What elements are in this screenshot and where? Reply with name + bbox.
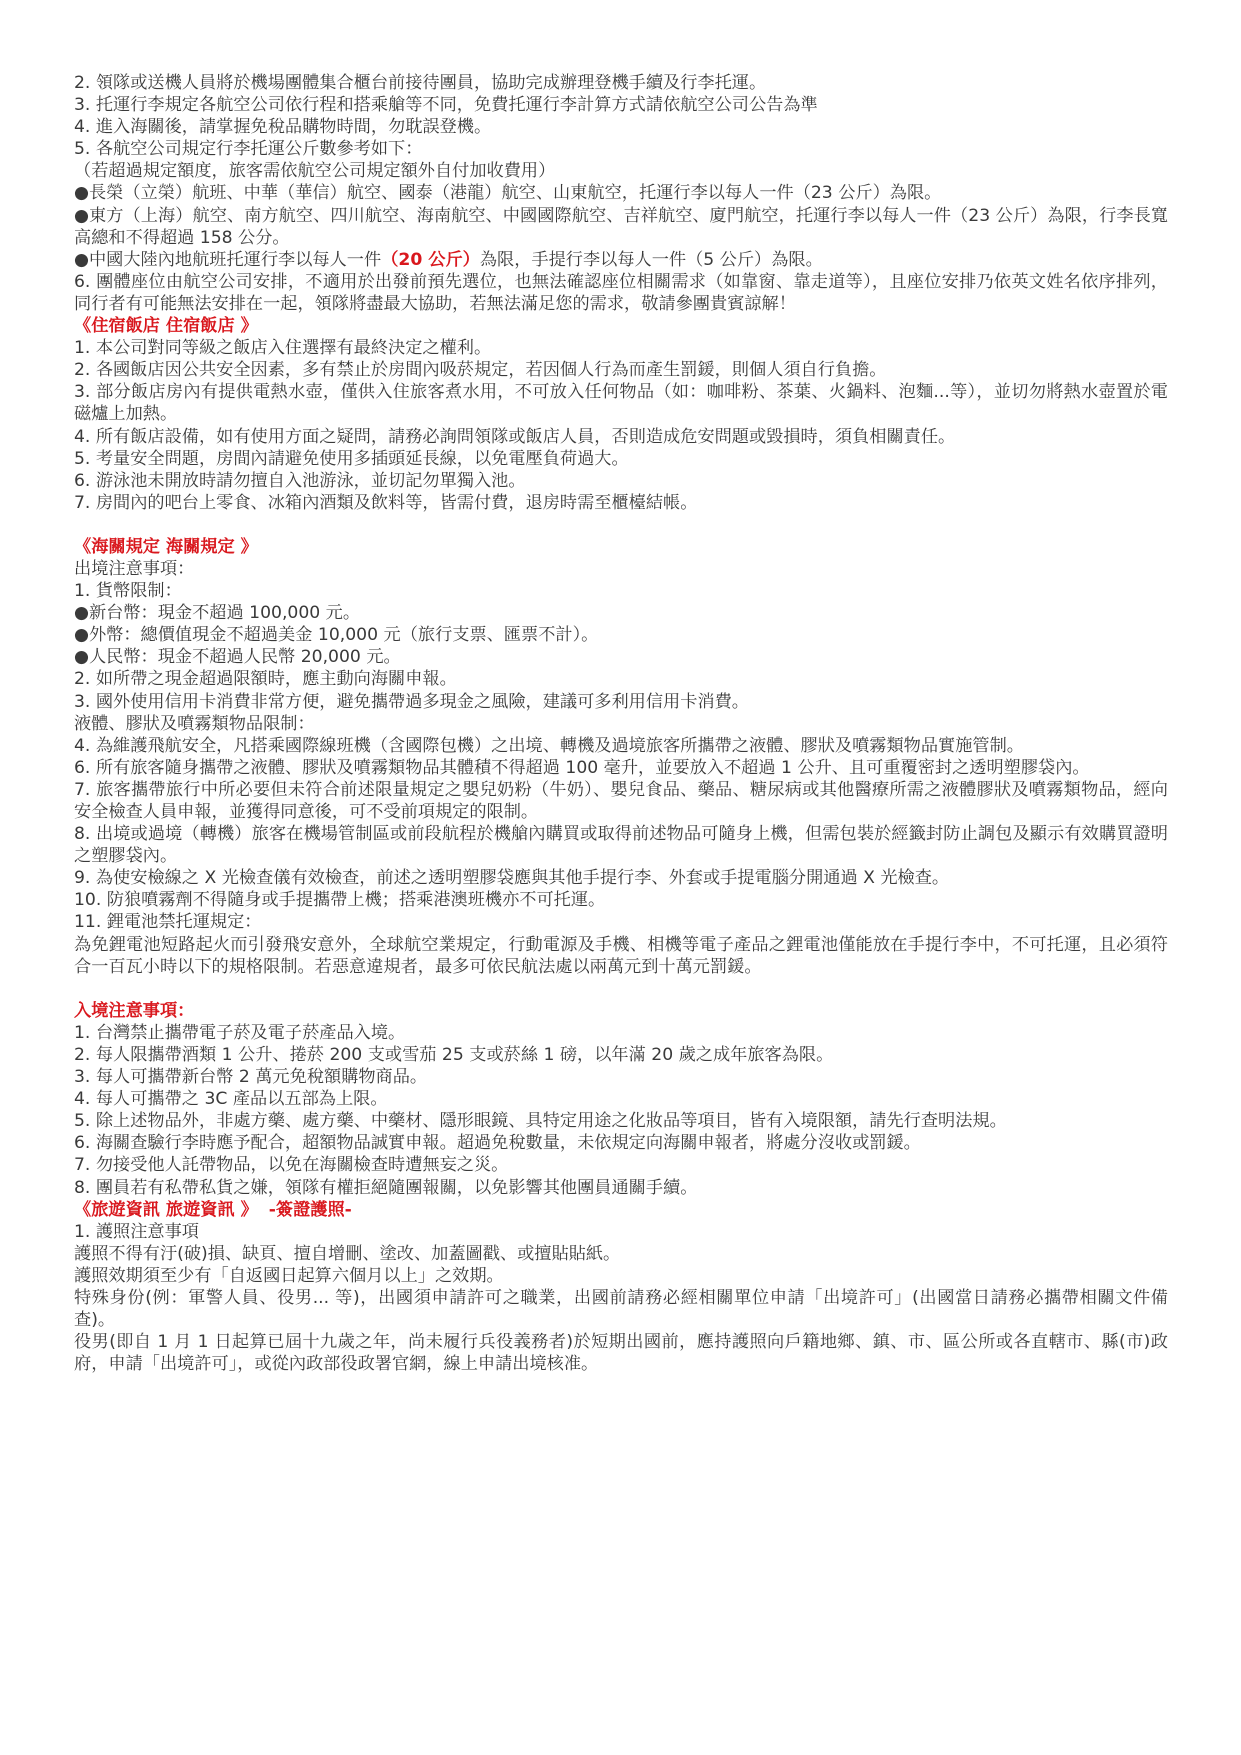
flight-note: 4. 進入海關後，請掌握免稅品購物時間，勿耽誤登機。 [74,116,1168,138]
hotel-item: 1. 本公司對同等級之飯店入住選擇有最終決定之權利。 [74,337,1168,359]
hotel-item: 5. 考量安全問題，房間內請避免使用多插頭延長線，以免電壓負荷過大。 [74,448,1168,470]
entry-title: 入境注意事項： [74,1000,1168,1022]
customs-item: 2. 如所帶之現金超過限額時，應主動向海關申報。 [74,668,1168,690]
spacer [74,978,1168,1000]
customs-item: 液體、膠狀及噴霧類物品限制： [74,713,1168,735]
hotel-section: 《住宿飯店 住宿飯店 》 1. 本公司對同等級之飯店入住選擇有最終決定之權利。 … [74,315,1168,514]
flight-note: 5. 各航空公司規定行李托運公斤數參考如下： [74,138,1168,160]
passport-item: 役男(即自 1 月 1 日起算已屆十九歲之年，尚未履行兵役義務者)於短期出國前，… [74,1331,1168,1375]
document-page: 2. 領隊或送機人員將於機場團體集合櫃台前接待團員，協助完成辦理登機手續及行李托… [74,72,1168,1375]
customs-item: 6. 所有旅客隨身攜帶之液體、膠狀及噴霧類物品其體積不得超過 100 毫升，並要… [74,757,1168,779]
flight-note: 2. 領隊或送機人員將於機場團體集合櫃台前接待團員，協助完成辦理登機手續及行李托… [74,72,1168,94]
customs-section: 《海關規定 海關規定 》 出境注意事項： 1. 貨幣限制： ●新台幣：現金不超過… [74,536,1168,978]
flight-note: 3. 托運行李規定各航空公司依行程和搭乘艙等不同，免費托運行李計算方式請依航空公… [74,94,1168,116]
departure-heading: 出境注意事項： [74,558,1168,580]
customs-item: 4. 為維護飛航安全，凡搭乘國際線班機（含國際包機）之出境、轉機及過境旅客所攜帶… [74,735,1168,757]
hotel-item: 6. 游泳池未開放時請勿擅自入池游泳，並切記勿單獨入池。 [74,470,1168,492]
customs-item: ●新台幣：現金不超過 100,000 元。 [74,602,1168,624]
travel-info-heading: 《旅遊資訊 旅遊資訊 》 -簽證護照- [74,1199,1168,1221]
travel-info-section: 《旅遊資訊 旅遊資訊 》 -簽證護照- 1. 護照注意事項 護照不得有汙(破)損… [74,1199,1168,1376]
weight-highlight: （20 公斤） [381,250,480,270]
passport-item: 護照效期須至少有「自返國日起算六個月以上」之效期。 [74,1265,1168,1287]
visa-passport-subtitle: -簽證護照- [269,1200,352,1220]
passport-item: 護照不得有汙(破)損、缺頁、擅自增刪、塗改、加蓋圖戳、或擅貼貼紙。 [74,1243,1168,1265]
entry-item: 3. 每人可攜帶新台幣 2 萬元免稅額購物商品。 [74,1066,1168,1088]
hotel-title: 《住宿飯店 住宿飯店 》 [74,315,1168,337]
china-suffix: 為限，手提行李以每人一件（5 公斤）為限。 [480,250,823,270]
customs-item: ●外幣：總價值現金不超過美金 10,000 元（旅行支票、匯票不計）。 [74,624,1168,646]
customs-item: 11. 鋰電池禁托運規定： [74,911,1168,933]
customs-item: 為免鋰電池短路起火而引發飛安意外，全球航空業規定，行動電源及手機、相機等電子產品… [74,934,1168,978]
entry-item: 2. 每人限攜帶酒類 1 公升、捲菸 200 支或雪茄 25 支或菸絲 1 磅，… [74,1044,1168,1066]
passport-item: 特殊身份(例：軍警人員、役男... 等)，出國須申請許可之職業，出國前請務必經相… [74,1287,1168,1331]
entry-item: 5. 除上述物品外，非處方藥、處方藥、中藥材、隱形眼鏡、具特定用途之化妝品等項目… [74,1110,1168,1132]
customs-item: 9. 為使安檢線之 X 光檢查儀有效檢查，前述之透明塑膠袋應與其他手提行李、外套… [74,867,1168,889]
customs-item: ●人民幣：現金不超過人民幣 20,000 元。 [74,646,1168,668]
travel-info-title: 《旅遊資訊 旅遊資訊 》 [74,1200,258,1220]
entry-item: 1. 台灣禁止攜帶電子菸及電子菸產品入境。 [74,1022,1168,1044]
entry-item: 6. 海關查驗行李時應予配合，超額物品誠實申報。超過免稅數量，未依規定向海關申報… [74,1132,1168,1154]
spacer [74,514,1168,536]
passport-item: 1. 護照注意事項 [74,1221,1168,1243]
hotel-item: 7. 房間內的吧台上零食、冰箱內酒類及飲料等，皆需付費，退房時需至櫃檯結帳。 [74,492,1168,514]
customs-item: 1. 貨幣限制： [74,580,1168,602]
china-luggage-note: ●中國大陸內地航班托運行李以每人一件（20 公斤）為限，手提行李以每人一件（5 … [74,249,1168,271]
flight-note: ●東方（上海）航空、南方航空、四川航空、海南航空、中國國際航空、吉祥航空、廈門航… [74,205,1168,249]
seating-note: 6. 團體座位由航空公司安排，不適用於出發前預先選位，也無法確認座位相關需求（如… [74,271,1168,315]
hotel-item: 4. 所有飯店設備，如有使用方面之疑問，請務必詢問領隊或飯店人員，否則造成危安問… [74,426,1168,448]
entry-item: 7. 勿接受他人託帶物品，以免在海關檢查時遭無妄之災。 [74,1154,1168,1176]
china-prefix: ●中國大陸內地航班托運行李以每人一件 [74,250,381,270]
entry-section: 入境注意事項： 1. 台灣禁止攜帶電子菸及電子菸產品入境。 2. 每人限攜帶酒類… [74,1000,1168,1199]
entry-item: 8. 團員若有私帶私貨之嫌，領隊有權拒絕隨團報關，以免影響其他團員通關手續。 [74,1177,1168,1199]
customs-item: 3. 國外使用信用卡消費非常方便，避免攜帶過多現金之風險，建議可多利用信用卡消費… [74,691,1168,713]
customs-item: 7. 旅客攜帶旅行中所必要但未符合前述限量規定之嬰兒奶粉（牛奶）、嬰兒食品、藥品… [74,779,1168,823]
hotel-item: 3. 部分飯店房內有提供電熱水壺，僅供入住旅客煮水用，不可放入任何物品（如：咖啡… [74,381,1168,425]
flight-note: ●長榮（立榮）航班、中華（華信）航空、國泰（港龍）航空、山東航空，托運行李以每人… [74,182,1168,204]
flight-notes-section: 2. 領隊或送機人員將於機場團體集合櫃台前接待團員，協助完成辦理登機手續及行李托… [74,72,1168,315]
customs-item: 8. 出境或過境（轉機）旅客在機場管制區或前段航程於機艙內購買或取得前述物品可隨… [74,823,1168,867]
customs-title: 《海關規定 海關規定 》 [74,536,1168,558]
hotel-item: 2. 各國飯店因公共安全因素，多有禁止於房間內吸菸規定，若因個人行為而產生罰鍰，… [74,359,1168,381]
entry-item: 4. 每人可攜帶之 3C 產品以五部為上限。 [74,1088,1168,1110]
customs-item: 10. 防狼噴霧劑不得隨身或手提攜帶上機；搭乘港澳班機亦不可托運。 [74,889,1168,911]
flight-note: （若超過規定額度，旅客需依航空公司規定額外自付加收費用） [74,160,1168,182]
